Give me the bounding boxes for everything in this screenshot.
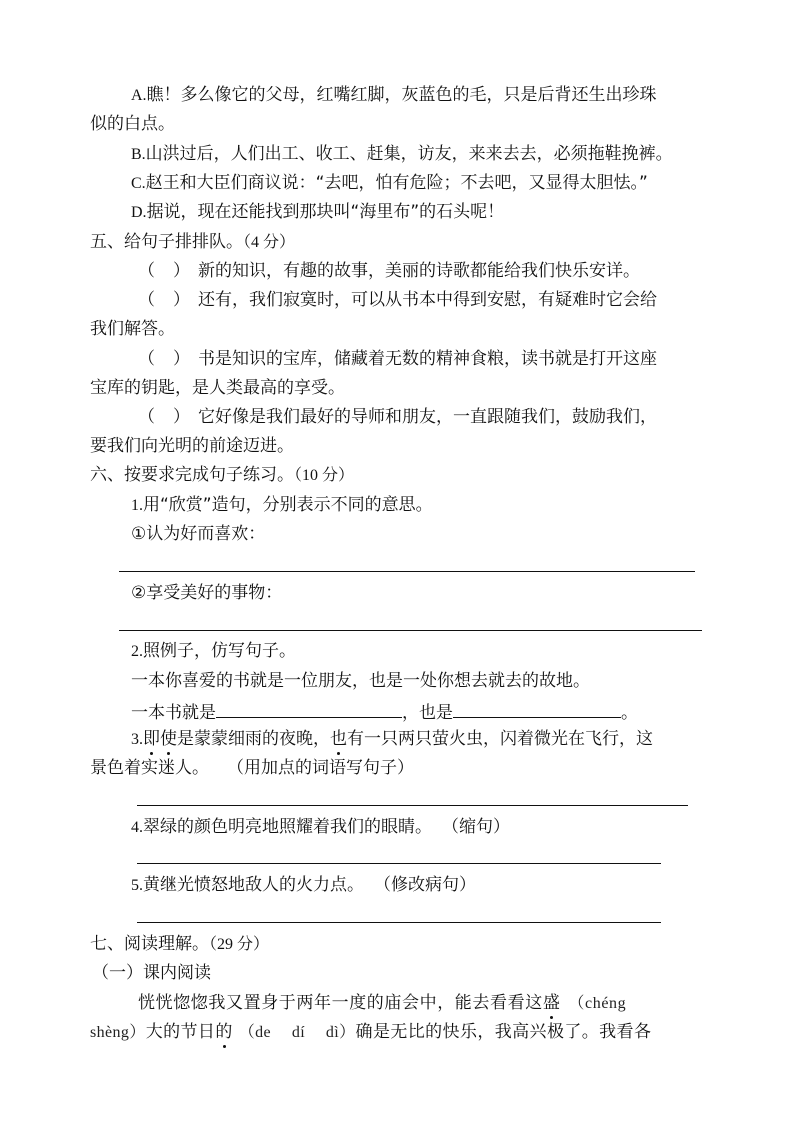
question-text: 景色着实迷人。 xyxy=(90,758,209,778)
question-2: 2.照例子，仿写句子。 xyxy=(131,640,296,662)
sentence-text: 还有，我们寂寞时，可以从书本中得到安慰，有疑难时它会给 xyxy=(198,290,657,310)
section-seven-title: 七、阅读理解。 xyxy=(90,934,209,954)
emphasis-dot-char: 的 xyxy=(215,1021,232,1043)
answer-line-1a[interactable] xyxy=(119,571,695,572)
option-d-text: 据说，现在还能找到那块叫“海里布”的石头呢！ xyxy=(147,202,505,222)
answer-line-1b[interactable] xyxy=(119,630,702,631)
paragraph-text: 大的节日 xyxy=(146,1022,216,1042)
question-text: 黄继光愤怒地敌人的火力点。 xyxy=(143,875,364,895)
order-answer-blank[interactable]: （） xyxy=(138,260,198,282)
option-a-text: 瞧！多么像它的父母，红嘴红脚，灰蓝色的毛，只是后背还生出珍珠 xyxy=(147,85,657,105)
imitation-sentence: 一本书就是，也是。 xyxy=(131,699,638,721)
sentence-text-continued: 要我们向光明的前途迈进。 xyxy=(90,435,294,457)
sentence-order-item-3: （）书是知识的宝库，储藏着无数的精神食粮，读书就是打开这座 xyxy=(138,348,657,370)
question-instruction: （缩句） xyxy=(442,817,510,837)
section-six-title: 六、按要求完成句子练习。 xyxy=(90,465,294,485)
question-text: 照例子，仿写句子。 xyxy=(143,641,296,661)
paragraph-text: 确是无比的快乐，我高兴极了。我看各 xyxy=(356,1022,652,1042)
question-3: 3.即使是蒙蒙细雨的夜晚，也有一只两只萤火虫，闪着微光在飞行，这 xyxy=(131,728,653,750)
emphasis-dot-char: 即 xyxy=(143,728,160,750)
question-1-sub-2: ②享受美好的事物： xyxy=(131,582,282,604)
fill-prefix: 一本书就是 xyxy=(131,703,216,723)
pinyin-option: shèng） xyxy=(90,1024,146,1041)
answer-line-4[interactable] xyxy=(137,863,661,864)
option-d: D.据说，现在还能找到那块叫“海里布”的石头呢！ xyxy=(131,201,504,223)
section-six-score: （10 分） xyxy=(294,467,354,484)
sentence-text-continued: 宝库的钥匙，是人类最高的享受。 xyxy=(90,377,345,399)
question-number: 2. xyxy=(131,643,143,660)
pinyin-option: （chéng xyxy=(568,995,626,1012)
question-instruction: （修改病句） xyxy=(374,875,476,895)
sentence-text: 它好像是我们最好的导师和朋友，一直跟随我们，鼓励我们， xyxy=(198,407,657,427)
section-seven-score: （29 分） xyxy=(209,936,269,953)
section-five-heading: 五、给句子排排队。（4 分） xyxy=(90,231,295,253)
question-number: 4. xyxy=(131,819,143,836)
sentence-text: 书是知识的宝库，储藏着无数的精神食粮，读书就是打开这座 xyxy=(198,349,657,369)
fill-end: 。 xyxy=(621,703,638,723)
question-text: 是蒙蒙细雨的夜晚， xyxy=(177,729,330,749)
order-answer-blank[interactable]: （） xyxy=(138,289,198,311)
section-seven-heading: 七、阅读理解。（29 分） xyxy=(90,933,269,955)
reading-paragraph-line-1: 恍恍惚惚我又置身于两年一度的庙会中，能去看看这盛（chéng xyxy=(138,992,626,1014)
option-c-text: 赵王和大臣们商议说：“去吧，怕有危险；不去吧，又显得太胆怯。” xyxy=(146,173,648,193)
fill-middle: ，也是 xyxy=(402,703,453,723)
section-five-title: 五、给句子排排队。 xyxy=(90,232,243,252)
emphasis-dot-char: 使 xyxy=(160,728,177,750)
question-instruction: （用加点的词语写句子） xyxy=(227,758,414,778)
question-number: 5. xyxy=(131,877,143,894)
sentence-text: 新的知识，有趣的故事，美丽的诗歌都能给我们快乐安详。 xyxy=(198,261,640,281)
sentence-order-item-2: （）还有，我们寂寞时，可以从书本中得到安慰，有疑难时它会给 xyxy=(138,289,657,311)
fill-blank-1[interactable] xyxy=(216,699,402,718)
order-answer-blank[interactable]: （） xyxy=(138,406,198,428)
option-b-text: 山洪过后，人们出工、收工、赶集，访友，来来去去，必须拖鞋挽裤。 xyxy=(146,144,673,164)
sentence-order-item-4: （）它好像是我们最好的导师和朋友，一直跟随我们，鼓励我们， xyxy=(138,406,657,428)
answer-line-3[interactable] xyxy=(137,805,688,806)
emphasis-dot-char: 盛 xyxy=(543,992,561,1014)
option-c-label: C. xyxy=(131,175,146,192)
question-text: 有一只两只萤火虫，闪着微光在飞行，这 xyxy=(347,729,653,749)
question-text: 翠绿的颜色明亮地照耀着我们的眼睛。 xyxy=(143,817,432,837)
question-4: 4.翠绿的颜色明亮地照耀着我们的眼睛。（缩句） xyxy=(131,816,510,838)
question-1-sub-1: ①认为好而喜欢： xyxy=(131,523,265,545)
example-sentence: 一本你喜爱的书就是一位朋友，也是一处你想去就去的故地。 xyxy=(131,670,590,692)
pinyin-options: （de dí dì） xyxy=(239,1024,356,1041)
order-answer-blank[interactable]: （） xyxy=(138,348,198,370)
paragraph-text: 恍恍惚惚我又置身于两年一度的庙会中，能去看看这 xyxy=(138,993,543,1013)
reading-paragraph-line-2: shèng）大的节日的（de dí dì）确是无比的快乐，我高兴极了。我看各 xyxy=(90,1021,651,1043)
question-3-continued: 景色着实迷人。（用加点的词语写句子） xyxy=(90,757,414,779)
option-c: C.赵王和大臣们商议说：“去吧，怕有危险；不去吧，又显得太胆怯。” xyxy=(131,172,648,194)
section-six-heading: 六、按要求完成句子练习。（10 分） xyxy=(90,464,354,486)
sentence-text-continued: 我们解答。 xyxy=(90,318,175,340)
option-a-label: A. xyxy=(131,87,147,104)
section-five-score: （4 分） xyxy=(243,234,295,251)
option-a: A.瞧！多么像它的父母，红嘴红脚，灰蓝色的毛，只是后背还生出珍珠 xyxy=(131,84,657,106)
question-number: 3. xyxy=(131,731,143,748)
option-a-continued: 似的白点。 xyxy=(90,113,175,135)
answer-line-5[interactable] xyxy=(137,922,661,923)
sentence-order-item-1: （）新的知识，有趣的故事，美丽的诗歌都能给我们快乐安详。 xyxy=(138,260,640,282)
question-5: 5.黄继光愤怒地敌人的火力点。（修改病句） xyxy=(131,874,476,896)
question-1: 1.用“欣赏”造句，分别表示不同的意思。 xyxy=(131,494,433,516)
question-number: 1. xyxy=(131,497,143,514)
option-b-label: B. xyxy=(131,146,146,163)
option-b: B.山洪过后，人们出工、收工、赶集，访友，来来去去，必须拖鞋挽裤。 xyxy=(131,143,673,165)
emphasis-dot-char: 也 xyxy=(330,728,347,750)
fill-blank-2[interactable] xyxy=(453,699,621,718)
question-text: 用“欣赏”造句，分别表示不同的意思。 xyxy=(143,495,433,515)
reading-sub-heading: （一）课内阅读 xyxy=(92,962,211,984)
option-d-label: D. xyxy=(131,204,147,221)
